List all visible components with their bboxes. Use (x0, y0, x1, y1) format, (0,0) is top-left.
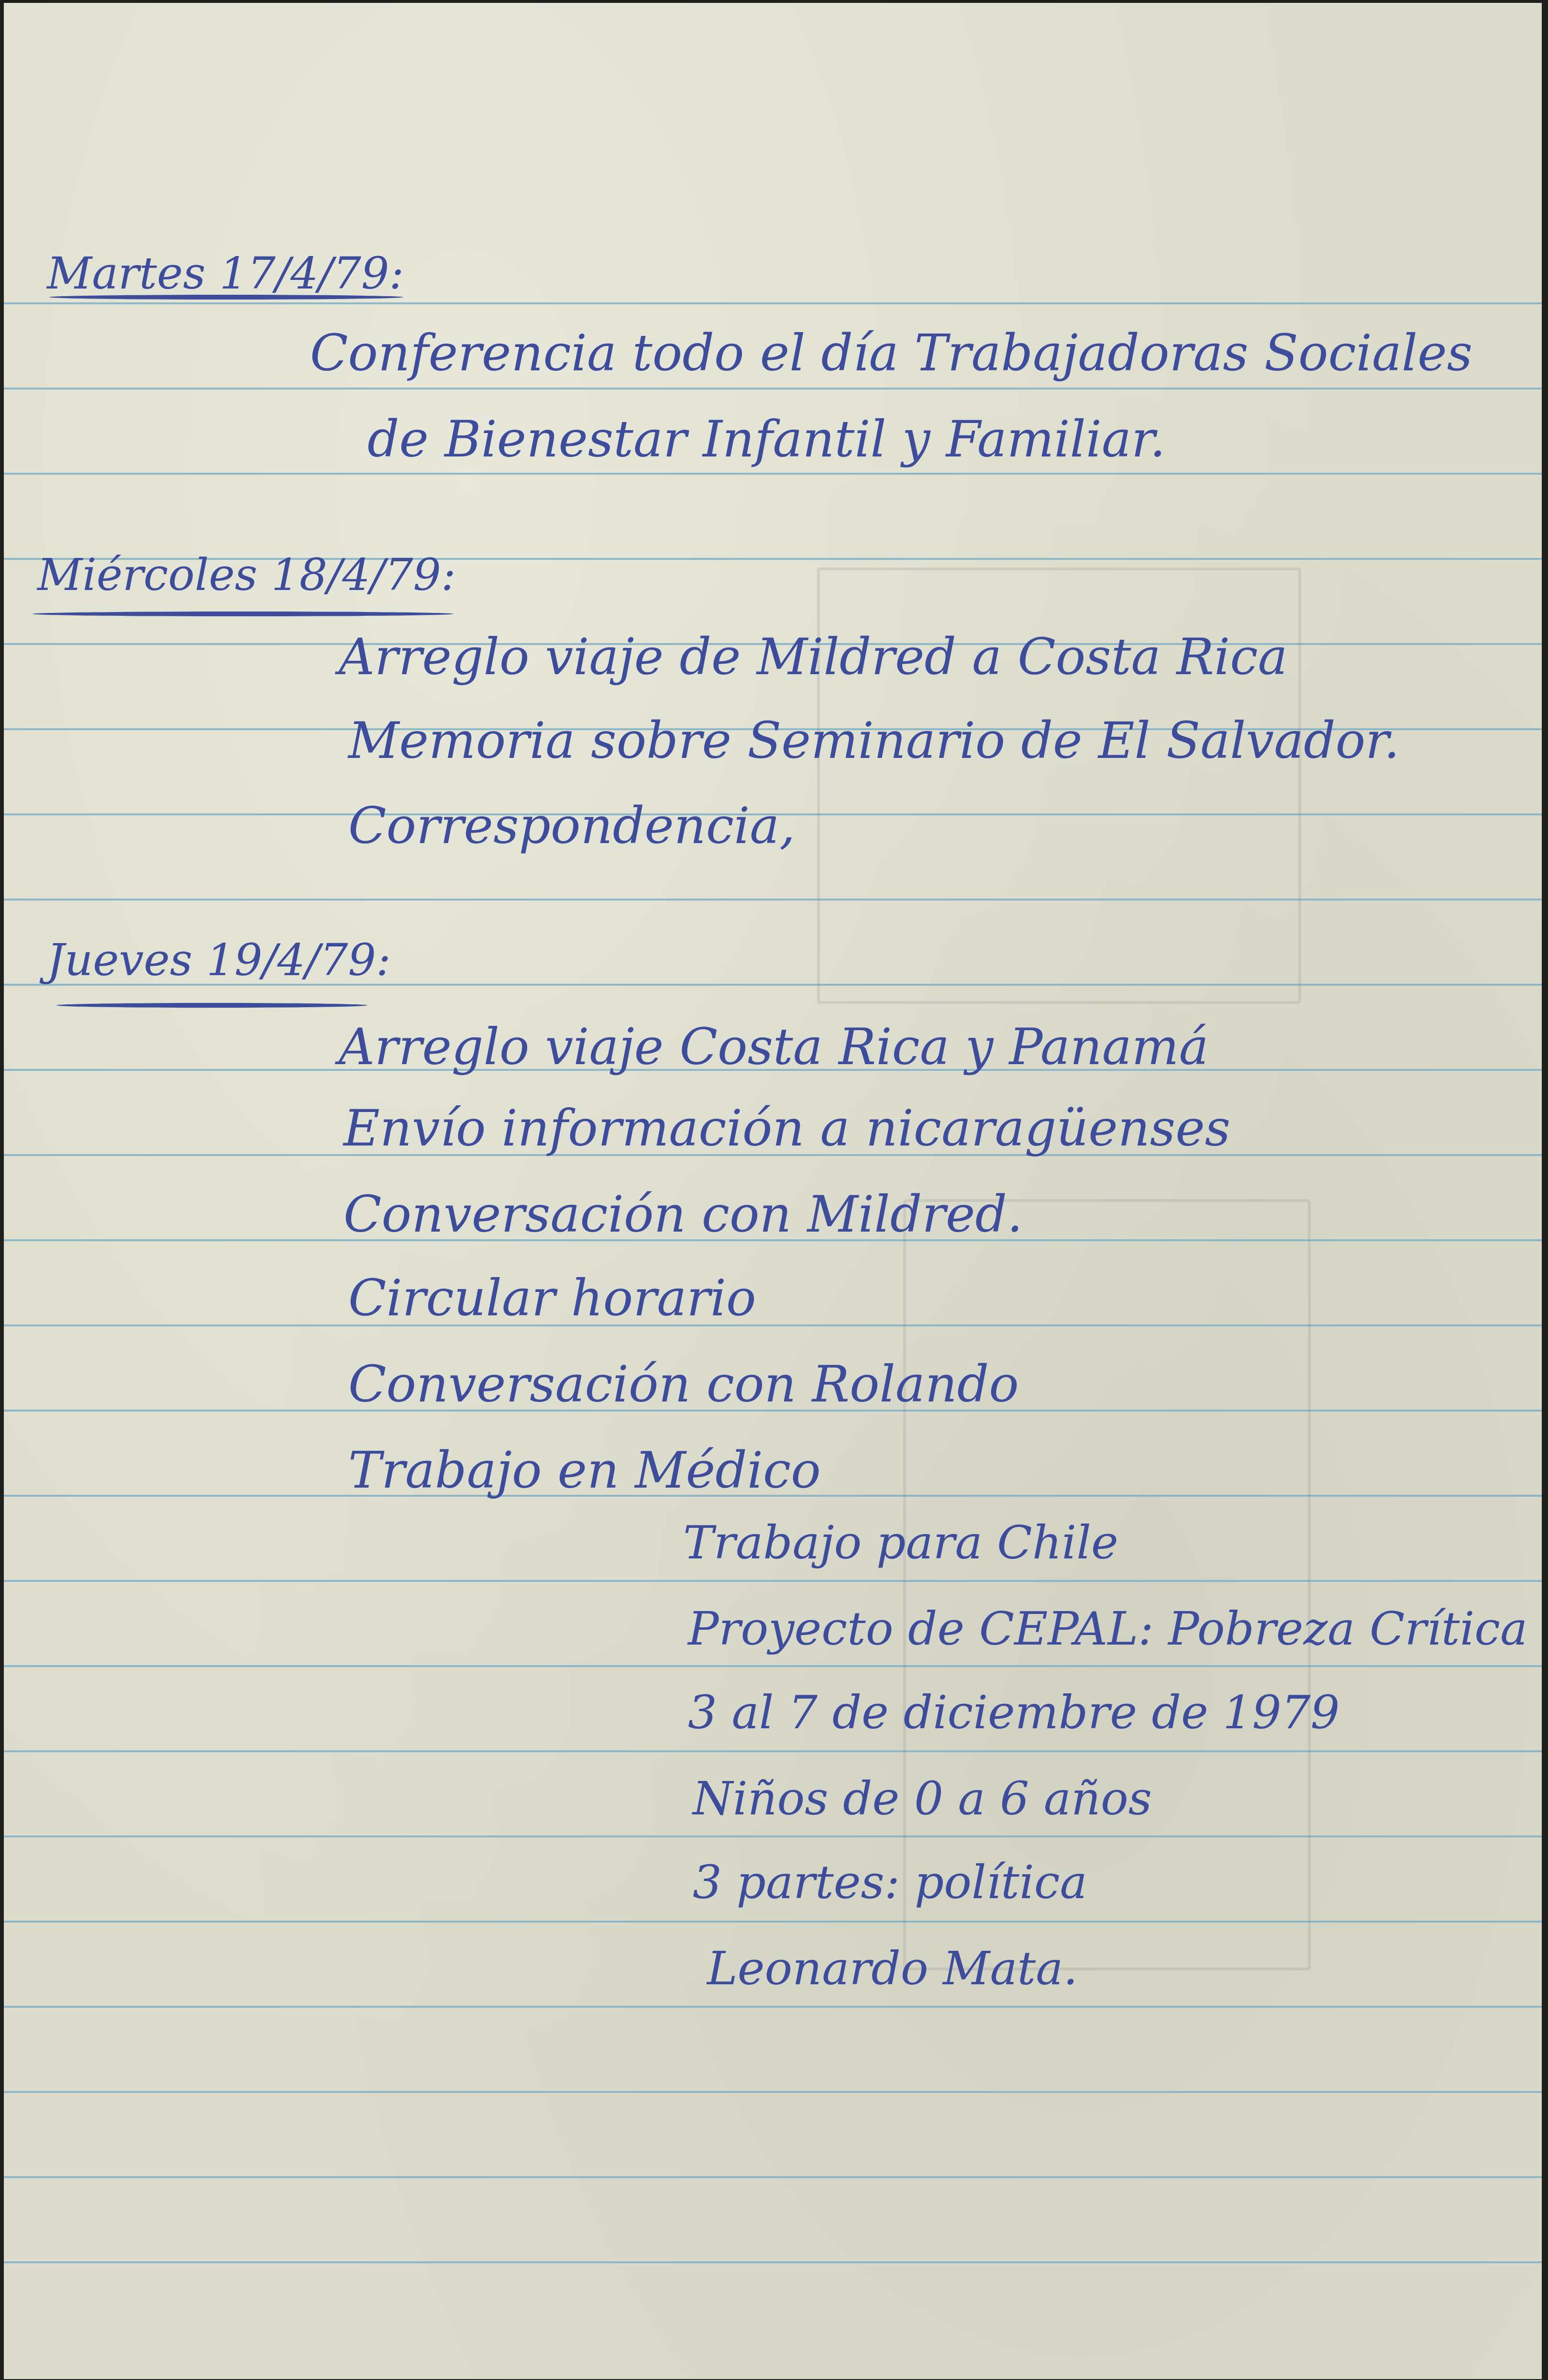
entry-item: Arreglo viaje de Mildred a Costa Rica (339, 632, 1287, 682)
ruled-line (4, 1324, 1542, 1326)
entry-item: Circular horario (348, 1273, 756, 1323)
entry-item: Arreglo viaje Costa Rica y Panamá (339, 1022, 1208, 1072)
note-line: Proyecto de CEPAL: Pobreza Crítica (688, 1606, 1527, 1652)
ruled-line (4, 1835, 1542, 1837)
note-line: Leonardo Mata. (707, 1946, 1078, 1991)
date-underline (56, 1003, 367, 1008)
entry-date-martes: Martes 17/4/79: (47, 252, 404, 296)
ruled-line (4, 2176, 1542, 2178)
entry-date-miercoles: Miércoles 18/4/79: (37, 553, 456, 597)
entry-item: Correspondencia, (348, 801, 795, 851)
entry-date-jueves: Jueves 19/4/79: (47, 938, 391, 982)
date-underline (49, 295, 403, 300)
ruled-line (4, 2006, 1542, 2008)
note-line: 3 partes: política (693, 1859, 1087, 1905)
ruled-line (4, 899, 1542, 901)
ruled-line (4, 2261, 1542, 2263)
ruled-line (4, 388, 1542, 389)
show-through-stamp (903, 1199, 1311, 1970)
date-underline (33, 612, 453, 616)
entry-item: Conferencia todo el día Trabajadoras Soc… (310, 328, 1472, 378)
ruled-line (4, 1580, 1542, 1582)
entry-item: Trabajo en Médico (348, 1446, 821, 1495)
entry-item: Conversación con Mildred. (343, 1190, 1023, 1239)
entry-item: Memoria sobre Seminario de El Salvador. (348, 716, 1400, 766)
ruled-paper-page: Martes 17/4/79: Conferencia todo el día … (4, 3, 1542, 2379)
note-line: Trabajo para Chile (683, 1520, 1118, 1566)
ruled-line (4, 1750, 1542, 1752)
ruled-line (4, 473, 1542, 475)
ruled-line (4, 1665, 1542, 1667)
ruled-line (4, 1921, 1542, 1923)
ruled-line (4, 2091, 1542, 2093)
entry-item: Envío información a nicaragüenses (343, 1103, 1230, 1153)
entry-item: Conversación con Rolando (348, 1359, 1019, 1409)
entry-item: de Bienestar Infantil y Familiar. (367, 414, 1165, 464)
note-line: Niños de 0 a 6 años (693, 1776, 1152, 1822)
ruled-line (4, 302, 1542, 304)
note-line: 3 al 7 de diciembre de 1979 (688, 1690, 1340, 1735)
